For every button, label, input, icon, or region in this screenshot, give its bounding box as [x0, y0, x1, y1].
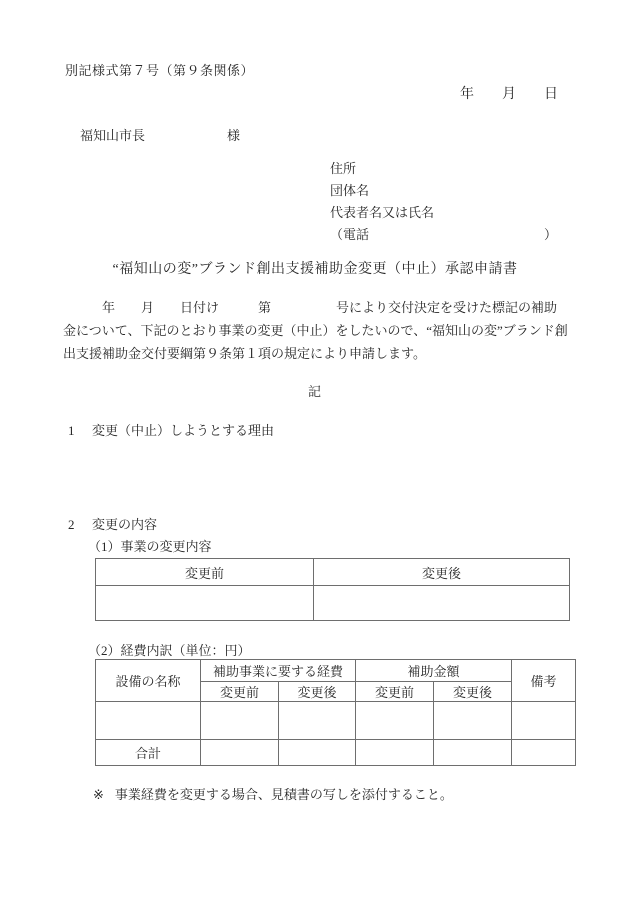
change-after-cell — [314, 586, 570, 621]
subsection-2-2-label: （2）経費内訳（単位：円） — [88, 640, 251, 659]
business-change-table: 変更前 変更後 — [95, 558, 570, 621]
total-subsidy-after-cell — [434, 740, 512, 766]
total-remarks-cell — [512, 740, 576, 766]
section-1-heading: 1変更（中止）しようとする理由 — [68, 420, 274, 439]
remarks-header: 備考 — [512, 660, 576, 702]
footnote: ※事業経費を変更する場合、見積書の写しを添付すること。 — [93, 784, 453, 803]
addressee-name: 福知山市長 — [80, 128, 145, 143]
subsidy-after-header: 変更後 — [434, 682, 512, 702]
project-expense-group-header: 補助事業に要する経費 — [201, 660, 356, 682]
total-label-cell: 合計 — [96, 740, 201, 766]
table-row — [96, 702, 576, 740]
addressee-line: 福知山市長様 — [80, 125, 240, 144]
section-2-label: 変更の内容 — [92, 517, 157, 532]
change-before-cell — [96, 586, 314, 621]
total-expense-before-cell — [201, 740, 279, 766]
section-1-number: 1 — [68, 423, 92, 439]
applicant-phone-line: （電話 ） — [330, 224, 557, 246]
applicant-representative-label: 代表者名又は氏名 — [330, 202, 557, 224]
footnote-text: 事業経費を変更する場合、見積書の写しを添付すること。 — [115, 787, 453, 802]
expense-before-cell — [201, 702, 279, 740]
section-2-number: 2 — [68, 517, 92, 533]
ki-separator-label: 記 — [0, 381, 630, 400]
applicant-address-label: 住所 — [330, 158, 557, 180]
change-after-header: 変更後 — [314, 559, 570, 586]
equipment-name-cell — [96, 702, 201, 740]
applicant-block: 住所 団体名 代表者名又は氏名 （電話 ） — [330, 158, 557, 246]
subsidy-amount-group-header: 補助金額 — [356, 660, 512, 682]
expense-after-header: 変更後 — [279, 682, 356, 702]
document-title: “福知山の変”ブランド創出支援補助金変更（中止）承認申請書 — [0, 258, 630, 278]
applicant-organization-label: 団体名 — [330, 180, 557, 202]
application-form-page: 別記様式第７号（第９条関係） 年 月 日 福知山市長様 住所 団体名 代表者名又… — [0, 0, 630, 903]
subsection-2-1-label: （1）事業の変更内容 — [88, 536, 212, 555]
total-row: 合計 — [96, 740, 576, 766]
section-2-heading: 2変更の内容 — [68, 514, 157, 533]
expense-before-header: 変更前 — [201, 682, 279, 702]
equipment-name-header: 設備の名称 — [96, 660, 201, 702]
total-expense-after-cell — [279, 740, 356, 766]
change-before-header: 変更前 — [96, 559, 314, 586]
footnote-marker: ※ — [93, 787, 104, 803]
form-number: 別記様式第７号（第９条関係） — [65, 60, 254, 79]
remarks-cell — [512, 702, 576, 740]
addressee-honorific: 様 — [227, 128, 240, 143]
total-subsidy-before-cell — [356, 740, 434, 766]
subsidy-before-cell — [356, 702, 434, 740]
body-paragraph: 年 月 日付け 第 号により交付決定を受けた標記の補助金について、下記のとおり事… — [63, 296, 569, 365]
subsidy-before-header: 変更前 — [356, 682, 434, 702]
date-line: 年 月 日 — [460, 83, 558, 103]
phone-close-paren: ） — [544, 224, 557, 246]
subsidy-after-cell — [434, 702, 512, 740]
expense-after-cell — [279, 702, 356, 740]
phone-label: （電話 — [330, 224, 369, 246]
expense-breakdown-table: 設備の名称 補助事業に要する経費 補助金額 備考 変更前 変更後 変更前 変更後… — [95, 659, 576, 766]
section-1-label: 変更（中止）しようとする理由 — [92, 423, 274, 438]
table-row — [96, 586, 570, 621]
